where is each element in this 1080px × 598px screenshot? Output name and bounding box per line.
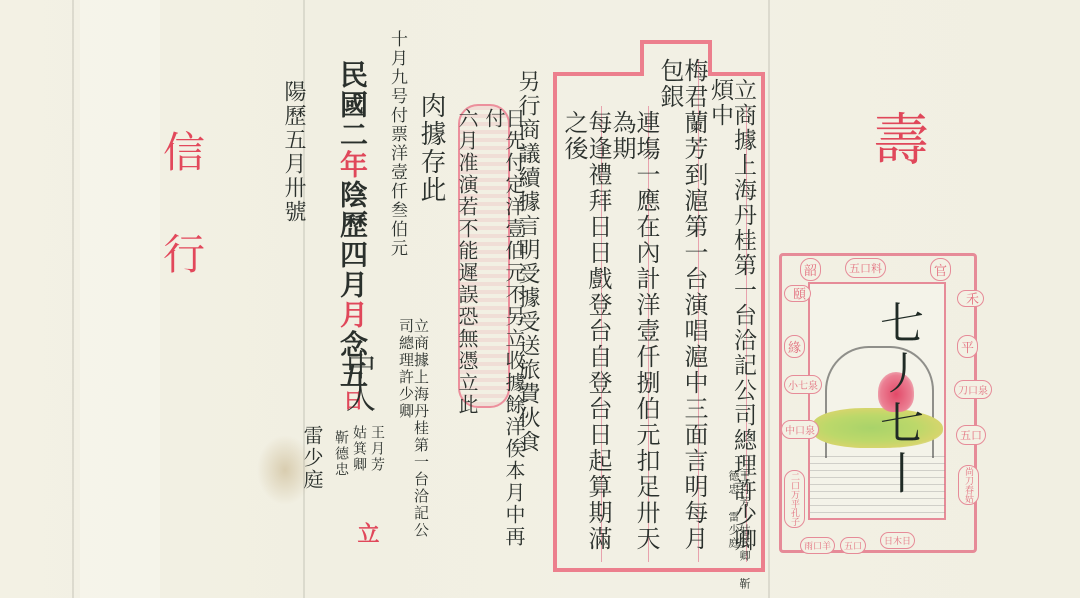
- seal-glyph: 平: [957, 335, 978, 358]
- solar-date-note: 陽歷五月卅號: [282, 80, 304, 224]
- payment-note: 十月九号付票洋壹仟叁伯元: [388, 30, 405, 258]
- seal-glyph: 五口: [840, 537, 866, 554]
- middleman-name: 靳德忠: [334, 430, 348, 478]
- receipt-note: 肉據存此: [418, 92, 444, 204]
- seal-glyph: 中口泉: [781, 420, 819, 439]
- calendar: 陰歷四月: [336, 180, 369, 300]
- signatory: 立商據上海丹桂第一台洽記公司總理許少卿: [398, 318, 428, 548]
- body-column-4: 每逢禮拜日日戲登台自登台日起算期滿之後: [562, 110, 610, 560]
- seal-glyph: 雨口羊: [800, 537, 835, 554]
- seal-glyph: 頤: [784, 285, 811, 302]
- seal-glyph: 刀口泉: [954, 380, 992, 399]
- fold-line: [72, 0, 74, 598]
- paper-highlight: [80, 0, 160, 598]
- body-column-3: 連塲一應在內計洋壹仟捌伯元扣足卅天為期: [610, 110, 658, 560]
- month-mark: 月: [336, 300, 369, 330]
- seal-glyph: 緣: [784, 335, 805, 358]
- body-column-7: 六月准演若不能遲誤恐無憑立此: [457, 108, 477, 568]
- seal-glyph: 五口: [956, 425, 986, 445]
- seal-glyph: 官: [930, 258, 951, 281]
- cover-title: 信行: [160, 130, 202, 334]
- body-column-5: 另行商議續據言明受據受送旅費伙食: [516, 70, 538, 550]
- seal-glyph: 二口万平孔子: [784, 470, 805, 528]
- body-column-2: 梅君蘭芳到滬第一台演唱滬中三面言明每月包銀: [658, 58, 706, 558]
- seal-glyph: 五口料: [845, 258, 886, 278]
- seal-glyph: 禾: [957, 290, 984, 307]
- fold-line: [768, 0, 770, 598]
- guarantor-note: 王月芳 姑箕卿 靳德忠 雷少庭: [728, 470, 750, 598]
- middleman-name: 王月芳: [370, 425, 384, 473]
- longevity-seal: 壽: [868, 110, 924, 168]
- envelope-mark: 七丿七丨: [875, 300, 919, 500]
- middleman-name: 雷少庭: [302, 425, 322, 491]
- era: 民國二: [336, 60, 369, 150]
- seal-glyph: 小七泉: [784, 375, 822, 394]
- middleman-label: 中人: [342, 350, 372, 414]
- seal-glyph: 日木日: [880, 532, 915, 549]
- signature-mark: 立: [356, 522, 378, 546]
- seal-glyph: 韶: [800, 258, 821, 281]
- seal-glyph: 尚刀春姑: [958, 465, 979, 505]
- middleman-name: 姑箕卿: [352, 425, 366, 473]
- year-mark: 年: [336, 150, 369, 180]
